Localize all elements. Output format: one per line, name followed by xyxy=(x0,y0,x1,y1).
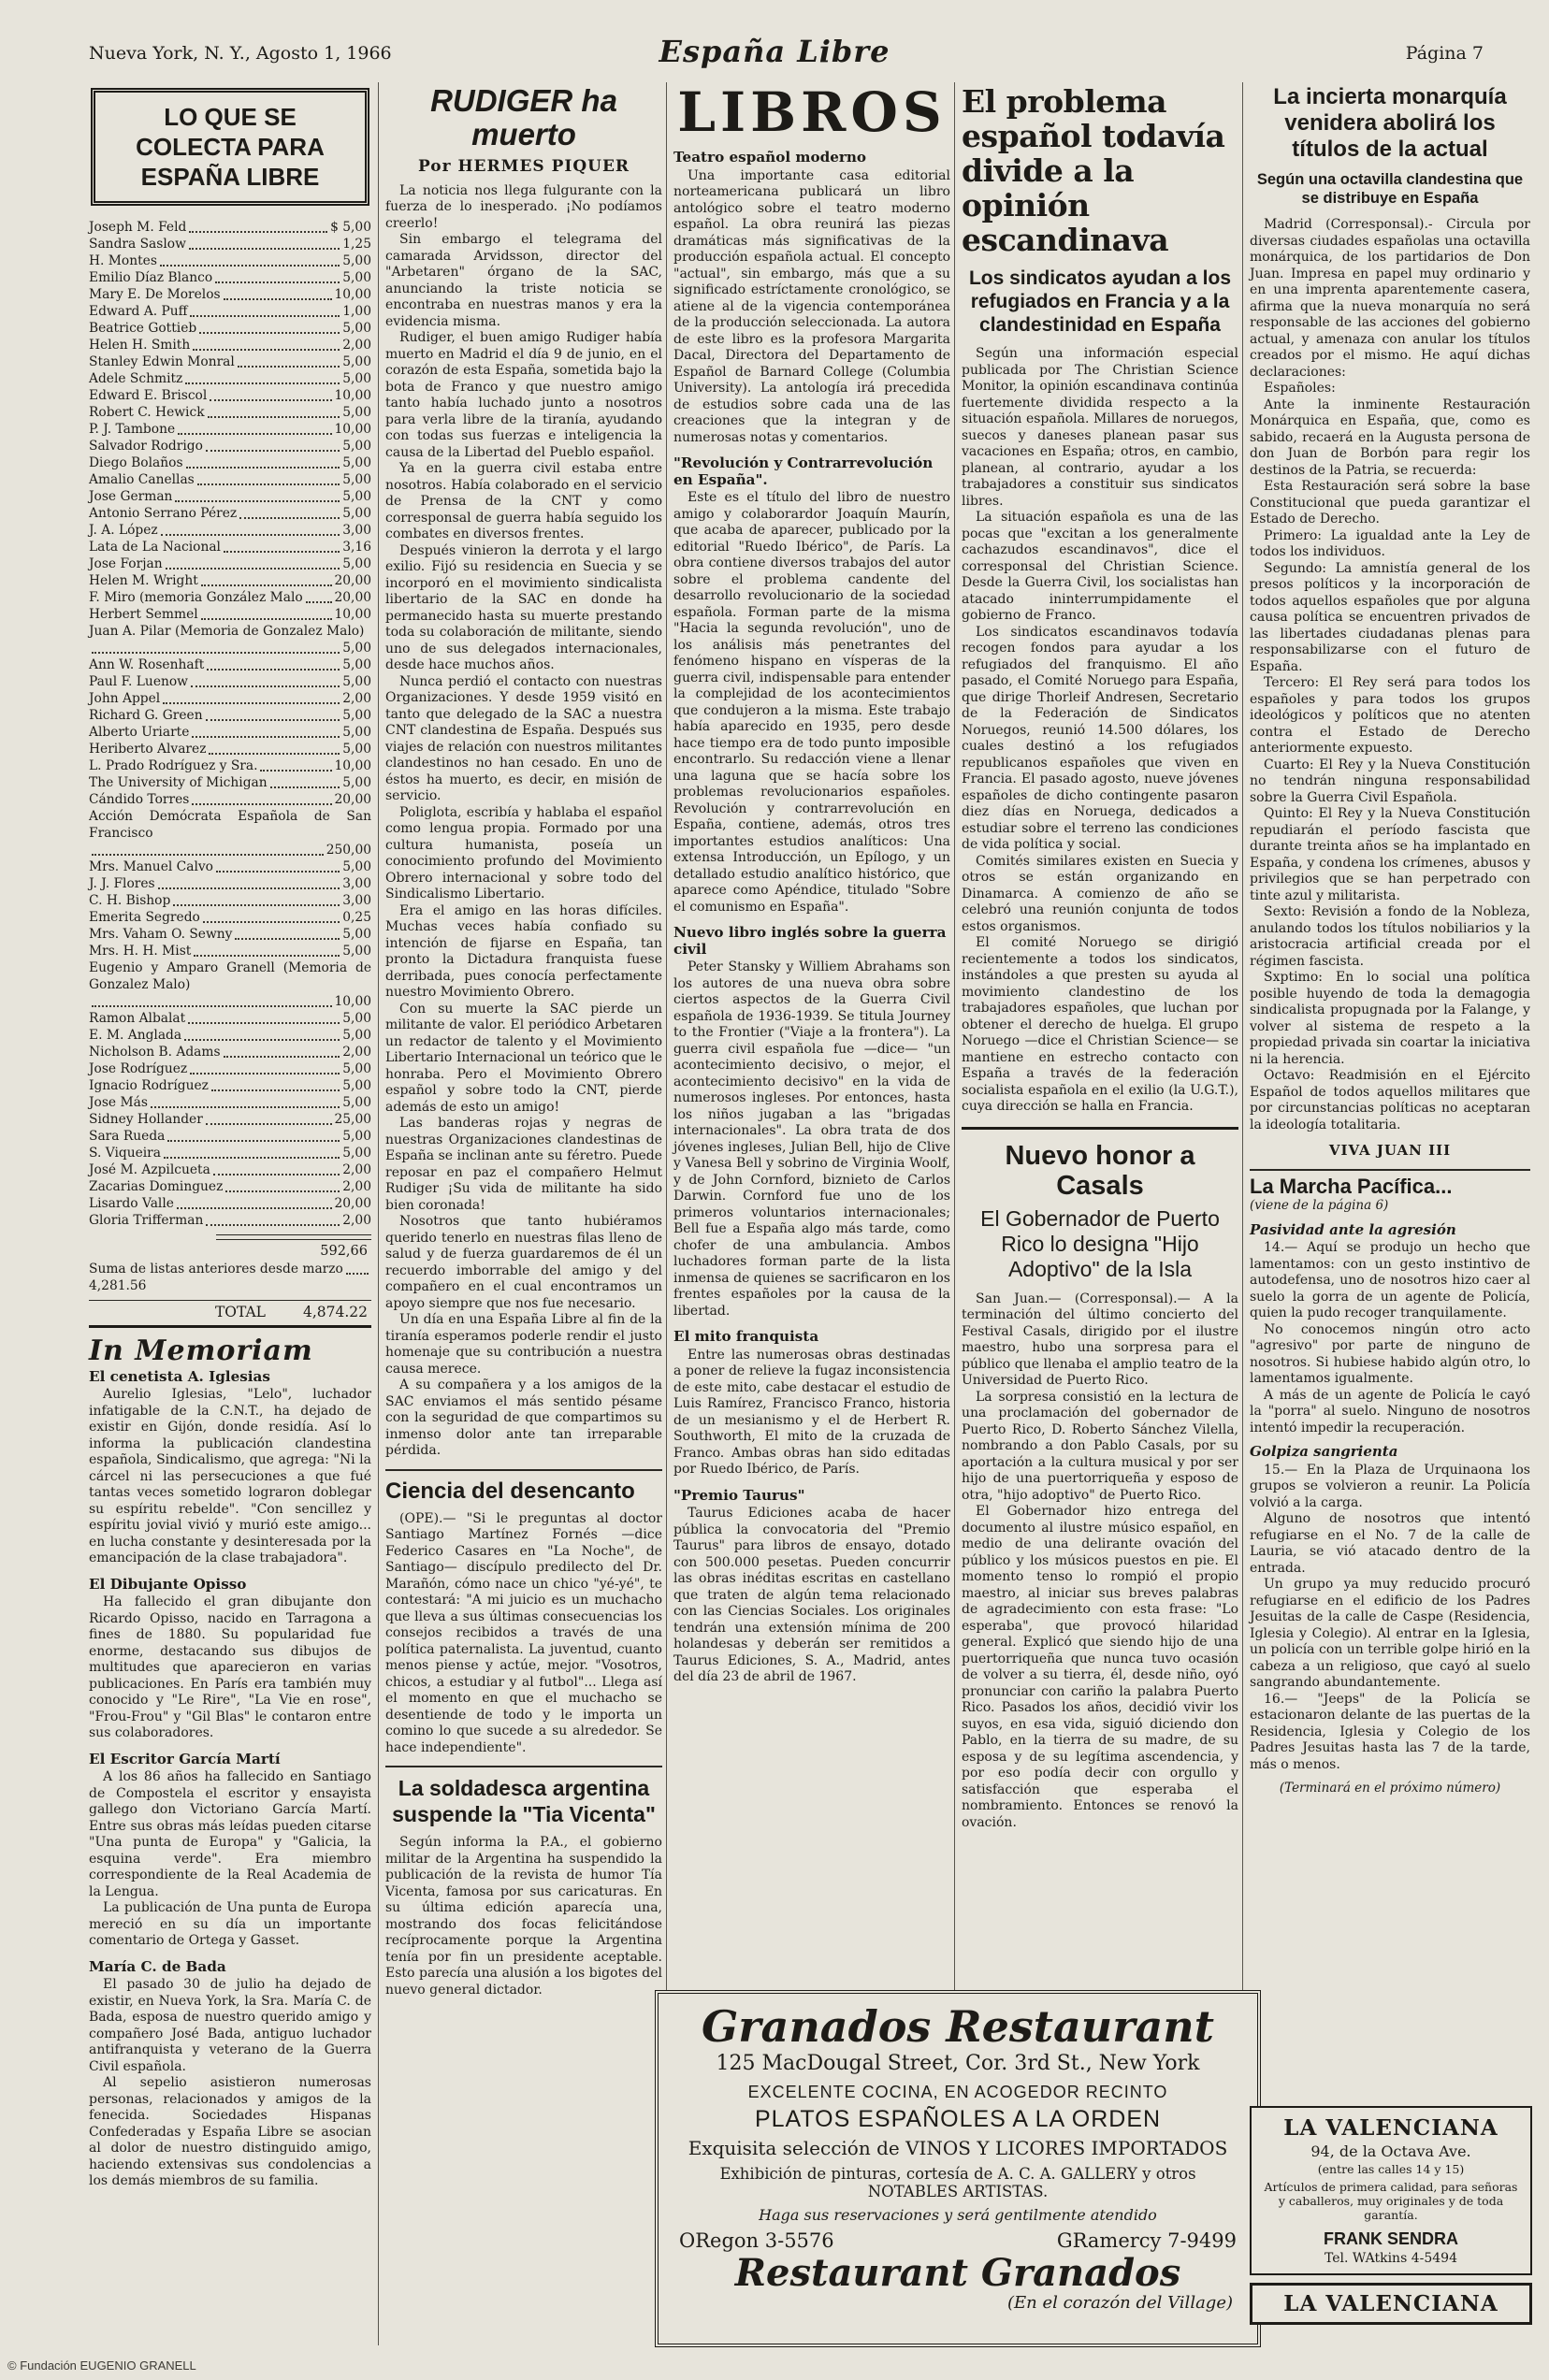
dot-leader xyxy=(346,1273,369,1275)
donation-amount: 20,00 xyxy=(335,1195,372,1212)
donor-name: Joseph M. Feld xyxy=(89,219,186,236)
dot-leader xyxy=(239,517,340,519)
donation-row: Robert C. Hewick5,00 xyxy=(89,404,371,421)
donation-amount: 5,00 xyxy=(342,269,371,286)
donor-name: J. J. Flores xyxy=(89,875,155,892)
donor-name: L. Prado Rodríguez y Sra. xyxy=(89,757,257,774)
donation-row: Helen M. Wright20,00 xyxy=(89,572,371,589)
donation-amount: 2,00 xyxy=(342,1212,371,1229)
donation-row: Jose Forjan5,00 xyxy=(89,555,371,572)
donor-name: Amalio Canellas xyxy=(89,471,195,488)
donation-row: Paul F. Luenow5,00 xyxy=(89,673,371,690)
dot-leader xyxy=(92,854,324,856)
paragraph: Ha fallecido el gran dibujante don Ricar… xyxy=(89,1594,371,1742)
valenciana-box: LA VALENCIANA 94, de la Octava Ave. (ent… xyxy=(1250,2106,1532,2275)
donor-name: Jose Más xyxy=(89,1094,148,1111)
donor-name: Edward E. Briscol xyxy=(89,387,207,404)
dot-leader xyxy=(211,1089,340,1091)
donation-amount: 20,00 xyxy=(335,589,372,606)
granados-line-platos: PLATOS ESPAÑOLES A LA ORDEN xyxy=(673,2106,1242,2133)
donation-row: Adele Schmitz5,00 xyxy=(89,370,371,387)
granados-line-vinos: Exquisita selección de VINOS Y LICORES I… xyxy=(673,2137,1242,2159)
article-body: La noticia nos llega fulgurante con la f… xyxy=(385,183,662,1460)
dot-leader xyxy=(190,315,340,317)
granados-name-top: Granados Restaurant xyxy=(673,2003,1242,2050)
dot-leader xyxy=(197,483,340,485)
obit-body: A los 86 años ha fallecido en Santiago d… xyxy=(89,1769,371,1950)
donation-row: J. J. Flores3,00 xyxy=(89,875,371,892)
donation-row: Mrs. Manuel Calvo5,00 xyxy=(89,858,371,875)
valenciana-banner: LA VALENCIANA xyxy=(1250,2283,1532,2325)
valenciana-contact-name: FRANK SENDRA xyxy=(1261,2229,1521,2249)
collect-box-title: LO QUE SE COLECTA PARA ESPAÑA LIBRE xyxy=(91,88,369,206)
donor-name: Sandra Saslow xyxy=(89,236,186,252)
donor-name: The University of Michigan xyxy=(89,774,268,791)
donation-amount: 5,00 xyxy=(342,505,371,522)
dot-leader xyxy=(207,669,340,671)
dot-leader xyxy=(158,887,340,889)
donor-name: Stanley Edwin Monral xyxy=(89,353,235,370)
donation-amount: 5,00 xyxy=(342,741,371,757)
donation-amount: 20,00 xyxy=(335,572,372,589)
section-divider xyxy=(385,1766,662,1767)
granados-restaurant-ad: Granados Restaurant 125 MacDougal Street… xyxy=(655,1990,1261,2347)
donation-row: Jose German5,00 xyxy=(89,488,371,505)
donation-amount: 2,00 xyxy=(342,690,371,707)
paragraph: No conocemos ningún otro acto "agresivo"… xyxy=(1250,1322,1530,1388)
donation-amount: $ 5,00 xyxy=(330,219,371,236)
donation-row: Mary E. De Morelos10,00 xyxy=(89,286,371,303)
paragraph: Era el amigo en las horas difíciles. Muc… xyxy=(385,903,662,1002)
donation-row: Zacarias Dominguez2,00 xyxy=(89,1178,371,1195)
paragraph: Aurelio Iglesias, "Lelo", luchador infat… xyxy=(89,1387,371,1567)
donation-row: Eugenio y Amparo Granell (Memoria de Gon… xyxy=(89,959,371,1010)
column-collecta: LO QUE SE COLECTA PARA ESPAÑA LIBRE Jose… xyxy=(89,84,371,2190)
paragraph: Tercero: El Rey será para todos los espa… xyxy=(1250,675,1530,757)
donation-amount: 5,00 xyxy=(342,1060,371,1077)
donor-name: Salvador Rodrigo xyxy=(89,438,203,454)
article-body: Madrid (Corresponsal).- Circula por dive… xyxy=(1250,217,1530,1133)
paragraph: La sorpresa consistió en la lectura de u… xyxy=(962,1390,1238,1505)
dot-leader xyxy=(191,685,340,687)
paragraph: Peter Stansky y Williem Abrahams son los… xyxy=(673,959,950,1320)
donation-row: Ann W. Rosenhaft5,00 xyxy=(89,656,371,673)
dot-leader xyxy=(193,349,340,351)
dot-leader xyxy=(167,1140,340,1142)
donation-row: H. Montes5,00 xyxy=(89,252,371,269)
donation-amount: 3,16 xyxy=(342,539,371,555)
paragraph: Poliglota, escribía y hablaba el español… xyxy=(385,805,662,903)
donor-name: Heriberto Alvarez xyxy=(89,741,206,757)
donation-row: John Appel2,00 xyxy=(89,690,371,707)
donation-amount: 10,00 xyxy=(335,286,372,303)
donor-name: Sidney Hollander xyxy=(89,1111,203,1128)
viva-line: VIVA JUAN III xyxy=(1250,1143,1530,1160)
section-divider xyxy=(962,1127,1238,1135)
paragraph: Un grupo ya muy reducido procuró refugia… xyxy=(1250,1577,1530,1692)
article-title-problema: El problema español todavía divide a la … xyxy=(962,84,1238,257)
dot-leader xyxy=(185,382,340,384)
donation-amount: 2,00 xyxy=(342,337,371,353)
donation-row: Acción Demócrata Española de San Francis… xyxy=(89,808,371,858)
paragraph: Ya en la guerra civil estaba entre nosot… xyxy=(385,461,662,543)
obit-heading: El Escritor García Martí xyxy=(89,1752,371,1768)
column-monarquia: La incierta monarquía venidera abolirá l… xyxy=(1250,84,1530,1797)
column-rule xyxy=(378,82,379,2345)
paragraph: Las banderas rojas y negras de nuestras … xyxy=(385,1116,662,1214)
dot-leader xyxy=(92,652,340,654)
donation-amount: 2,00 xyxy=(342,1178,371,1195)
donation-amount: 5,00 xyxy=(342,438,371,454)
donor-name: H. Montes xyxy=(89,252,157,269)
libros-section-premio: "Premio Taurus" Taurus Ediciones acaba d… xyxy=(673,1488,950,1686)
article-subtitle-monarquia: Según una octavilla clandestina que se d… xyxy=(1250,170,1530,208)
donation-row: Richard G. Green5,00 xyxy=(89,707,371,724)
paragraph: Octavo: Readmisión en el Ejército Españo… xyxy=(1250,1068,1530,1133)
total-label: TOTAL xyxy=(215,1305,266,1321)
marcha-subhead-1: Pasividad ante la agresión xyxy=(1250,1222,1530,1239)
paragraph: Alguno de nosotros que intentó refugiars… xyxy=(1250,1511,1530,1577)
donor-name: Mrs. Vaham O. Sewny xyxy=(89,926,232,943)
paragraph: San Juan.— (Corresponsal).— A la termina… xyxy=(962,1291,1238,1390)
donor-name: Jose German xyxy=(89,488,172,505)
dot-leader xyxy=(189,248,340,250)
article-body: (OPE).— "Si le preguntas al doctor Santi… xyxy=(385,1511,662,1757)
dot-leader xyxy=(209,753,340,755)
paragraph: Según una información especial publicada… xyxy=(962,346,1238,510)
donation-row: Helen H. Smith2,00 xyxy=(89,337,371,353)
granados-line-exhibicion: Exhibición de pinturas, cortesía de A. C… xyxy=(673,2165,1242,2200)
in-memoriam-section-iglesias: El cenetista A. Iglesias Aurelio Iglesia… xyxy=(89,1369,371,1567)
valenciana-title: LA VALENCIANA xyxy=(1261,2115,1521,2141)
donor-name: Beatrice Gottieb xyxy=(89,320,196,337)
donation-row: E. M. Anglada5,00 xyxy=(89,1027,371,1044)
paragraph: Sexto: Revisión a fondo de la Nobleza, a… xyxy=(1250,904,1530,970)
donation-row: Nicholson B. Adams2,00 xyxy=(89,1044,371,1060)
donor-name: Ann W. Rosenhaft xyxy=(89,656,204,673)
dot-leader xyxy=(194,955,340,957)
article-title-monarquia: La incierta monarquía venidera abolirá l… xyxy=(1250,84,1530,163)
dot-leader xyxy=(225,1190,340,1192)
donor-name: C. H. Bishop xyxy=(89,892,170,909)
marcha-subhead-2: Golpiza sangrienta xyxy=(1250,1444,1530,1461)
donation-row: Juan A. Pilar (Memoria de Gonzalez Malo)… xyxy=(89,623,371,656)
in-memoriam-section-garcia-marti: El Escritor García Martí A los 86 años h… xyxy=(89,1752,371,1950)
donor-name: Herbert Semmel xyxy=(89,606,198,623)
granados-line-reservas: Haga sus reservaciones y será gentilment… xyxy=(673,2206,1242,2224)
paragraph: Taurus Ediciones acaba de hacer pública … xyxy=(673,1506,950,1686)
donor-name: Alberto Uriarte xyxy=(89,724,189,741)
paragraph: Nosotros que tanto hubiéramos querido te… xyxy=(385,1214,662,1312)
donation-amount: 5,00 xyxy=(342,555,371,572)
paragraph: Sxptimo: En lo social una política posib… xyxy=(1250,970,1530,1068)
donation-row: Mrs. Vaham O. Sewny5,00 xyxy=(89,926,371,943)
donation-row: L. Prado Rodríguez y Sra.10,00 xyxy=(89,757,371,774)
donation-amount: 5,00 xyxy=(342,1145,371,1161)
paragraph: Según informa la P.A., el gobierno milit… xyxy=(385,1835,662,1998)
donation-amount: 5,00 xyxy=(342,320,371,337)
dot-leader xyxy=(306,601,332,603)
donor-name: Diego Bolaños xyxy=(89,454,183,471)
donation-row: Alberto Uriarte5,00 xyxy=(89,724,371,741)
dot-leader xyxy=(166,568,340,570)
obit-body: Ha fallecido el gran dibujante don Ricar… xyxy=(89,1594,371,1742)
donation-amount: 5,00 xyxy=(342,707,371,724)
granados-line-cocina: EXCELENTE COCINA, EN ACOGEDOR RECINTO xyxy=(673,2083,1242,2102)
masthead-title: España Libre xyxy=(0,34,1549,69)
donation-amount: 5,00 xyxy=(342,724,371,741)
donation-row: Jose Rodríguez5,00 xyxy=(89,1060,371,1077)
dot-leader xyxy=(213,1174,340,1176)
donation-amount: 5,00 xyxy=(342,640,371,656)
donation-row: Herbert Semmel10,00 xyxy=(89,606,371,623)
donation-amount: 5,00 xyxy=(342,943,371,959)
donor-name: Emerita Segredo xyxy=(89,909,200,926)
donor-name: José M. Azpilcueta xyxy=(89,1161,210,1178)
donation-row: Sandra Saslow1,25 xyxy=(89,236,371,252)
section-divider xyxy=(385,1469,662,1471)
paragraph: Rudiger, el buen amigo Rudiger había mue… xyxy=(385,330,662,461)
scan-credit: © Fundación EUGENIO GRANELL xyxy=(7,2358,196,2373)
dot-leader xyxy=(260,770,331,772)
granados-address: 125 MacDougal Street, Cor. 3rd St., New … xyxy=(673,2052,1242,2075)
dot-leader xyxy=(184,1039,340,1041)
donation-amount: 10,00 xyxy=(335,993,372,1010)
column-problema: El problema español todavía divide a la … xyxy=(962,84,1238,1831)
section-divider xyxy=(1250,1169,1530,1171)
donation-row: Emerita Segredo0,25 xyxy=(89,909,371,926)
donation-row: Emilio Díaz Blanco5,00 xyxy=(89,269,371,286)
dot-leader xyxy=(160,265,340,267)
donation-amount: 3,00 xyxy=(342,875,371,892)
donation-amount: 3,00 xyxy=(342,522,371,539)
donation-row: Lisardo Valle20,00 xyxy=(89,1195,371,1212)
donation-amount: 5,00 xyxy=(342,353,371,370)
dot-leader xyxy=(151,1106,340,1108)
donor-name: P. J. Tambone xyxy=(89,421,175,438)
paragraph: La publicación de Una punta de Europa me… xyxy=(89,1900,371,1950)
donor-name: John Appel xyxy=(89,690,160,707)
donor-name: Helen H. Smith xyxy=(89,337,190,353)
donation-row: J. A. López3,00 xyxy=(89,522,371,539)
donation-row: Jose Más5,00 xyxy=(89,1094,371,1111)
donor-name: Eugenio y Amparo Granell (Memoria de Gon… xyxy=(89,959,371,993)
donation-row: Diego Bolaños5,00 xyxy=(89,454,371,471)
donation-row: Edward A. Puff1,00 xyxy=(89,303,371,320)
dot-leader xyxy=(175,500,340,502)
donation-row: Gloria Trifferman2,00 xyxy=(89,1212,371,1229)
donation-list: Joseph M. Feld$ 5,00Sandra Saslow1,25H. … xyxy=(89,219,371,1229)
donation-row: Ramon Albalat5,00 xyxy=(89,1010,371,1027)
dot-leader xyxy=(203,921,340,923)
granados-tagline: (En el corazón del Village) xyxy=(673,2293,1242,2313)
article-title-ciencia: Ciencia del desencanto xyxy=(385,1478,662,1504)
donation-amount: 10,00 xyxy=(335,757,372,774)
donation-row: C. H. Bishop3,00 xyxy=(89,892,371,909)
paragraph: El comité Noruego se dirigió recientemen… xyxy=(962,935,1238,1116)
paragraph: Cuarto: El Rey y la Nueva Constitución n… xyxy=(1250,757,1530,807)
donor-name: F. Miro (memoria González Malo xyxy=(89,589,303,606)
paragraph: La noticia nos llega fulgurante con la f… xyxy=(385,183,662,233)
donor-name: Helen M. Wright xyxy=(89,572,198,589)
donor-name: Ramon Albalat xyxy=(89,1010,185,1027)
dot-leader xyxy=(235,938,340,940)
donation-row: P. J. Tambone10,00 xyxy=(89,421,371,438)
donation-amount: 5,00 xyxy=(342,370,371,387)
donor-name: Emilio Díaz Blanco xyxy=(89,269,212,286)
article-body: San Juan.— (Corresponsal).— A la termina… xyxy=(962,1291,1238,1832)
paragraph: 15.— En la Plaza de Urquinaona los grupo… xyxy=(1250,1463,1530,1512)
paragraph: Entre las numerosas obras destinadas a p… xyxy=(673,1348,950,1478)
dot-leader xyxy=(206,1123,332,1125)
paragraph: 16.— "Jeeps" de la Policía se estacionar… xyxy=(1250,1692,1530,1774)
granados-phones: ORegon 3-5576 GRamercy 7-9499 xyxy=(673,2229,1242,2252)
donation-row: Beatrice Gottieb5,00 xyxy=(89,320,371,337)
donation-amount: 5,00 xyxy=(342,252,371,269)
in-memoriam-section-opisso: El Dibujante Opisso Ha fallecido el gran… xyxy=(89,1577,371,1742)
donation-amount: 5,00 xyxy=(342,656,371,673)
paragraph: Después vinieron la derrota y el largo e… xyxy=(385,543,662,674)
article-subtitle-casals: El Gobernador de Puerto Rico lo designa … xyxy=(962,1206,1238,1282)
granados-name-bottom: Restaurant Granados xyxy=(673,2254,1242,2293)
paragraph: Esta Restauración será sobre la base Con… xyxy=(1250,479,1530,528)
obit-heading: El cenetista A. Iglesias xyxy=(89,1369,371,1386)
article-subtitle-problema: Los sindicatos ayudan a los refugiados e… xyxy=(962,267,1238,337)
paragraph: Ante la inminente Restauración Monárquic… xyxy=(1250,397,1530,480)
section-title-libros: LIBROS xyxy=(673,84,950,140)
donation-amount: 1,25 xyxy=(342,236,371,252)
paragraph: Un día en una España Libre al fin de la … xyxy=(385,1312,662,1378)
donor-name: Antonio Serrano Pérez xyxy=(89,505,237,522)
donation-row: Sidney Hollander25,00 xyxy=(89,1111,371,1128)
donation-amount: 3,00 xyxy=(342,892,371,909)
paragraph: A los 86 años ha fallecido en Santiago d… xyxy=(89,1769,371,1900)
donation-amount: 10,00 xyxy=(335,606,372,623)
libros-heading: "Revolución y Contrarrevolución en Españ… xyxy=(673,455,950,488)
donor-name: S. Viqueira xyxy=(89,1145,161,1161)
dot-leader xyxy=(173,904,340,906)
donor-name: Zacarias Dominguez xyxy=(89,1178,223,1195)
donation-amount: 20,00 xyxy=(335,791,372,808)
obit-body: Aurelio Iglesias, "Lelo", luchador infat… xyxy=(89,1387,371,1567)
obit-heading: María C. de Bada xyxy=(89,1959,371,1976)
total-row: TOTAL 4,874.22 xyxy=(89,1300,371,1329)
libros-body: Entre las numerosas obras destinadas a p… xyxy=(673,1348,950,1478)
dot-leader xyxy=(224,1056,340,1058)
paragraph: Los sindicatos escandinavos todavía reco… xyxy=(962,625,1238,854)
donation-amount: 25,00 xyxy=(335,1111,372,1128)
valenciana-ad: LA VALENCIANA 94, de la Octava Ave. (ent… xyxy=(1250,2106,1532,2325)
dot-leader xyxy=(163,702,340,704)
totals-block: 592,66 Suma de listas anteriores desde m… xyxy=(89,1234,371,1328)
valenciana-address: 94, de la Octava Ave. xyxy=(1261,2142,1521,2160)
donation-row: F. Miro (memoria González Malo20,00 xyxy=(89,589,371,606)
rule xyxy=(216,1239,371,1240)
donor-name: Sara Rueda xyxy=(89,1128,165,1145)
dot-leader xyxy=(215,281,340,283)
libros-section-nuevo-libro: Nuevo libro inglés sobre la guerra civil… xyxy=(673,925,950,1320)
paragraph: Comités similares existen en Suecia y ot… xyxy=(962,854,1238,936)
dot-leader xyxy=(210,399,331,401)
libros-body: Peter Stansky y Williem Abrahams son los… xyxy=(673,959,950,1320)
donor-name: Jose Forjan xyxy=(89,555,163,572)
donation-row: Antonio Serrano Pérez5,00 xyxy=(89,505,371,522)
donation-row: Lata de La Nacional3,16 xyxy=(89,539,371,555)
byline: Por HERMES PIQUER xyxy=(385,159,662,176)
dot-leader xyxy=(201,584,332,586)
dot-leader xyxy=(208,416,340,418)
donor-name: Jose Rodríguez xyxy=(89,1060,187,1077)
donor-name: J. A. López xyxy=(89,522,158,539)
dot-leader xyxy=(92,1005,332,1007)
donation-amount: 5,00 xyxy=(342,1027,371,1044)
granados-phone-gramercy: GRamercy 7-9499 xyxy=(1057,2229,1237,2252)
donation-amount: 5,00 xyxy=(342,673,371,690)
valenciana-note: (entre las calles 14 y 15) xyxy=(1261,2162,1521,2176)
dot-leader xyxy=(206,450,340,452)
donor-name: Lata de La Nacional xyxy=(89,539,221,555)
donation-amount: 5,00 xyxy=(342,471,371,488)
dot-leader xyxy=(190,1073,340,1075)
donation-amount: 10,00 xyxy=(335,421,372,438)
dot-leader xyxy=(206,719,340,721)
page-header: Nueva York, N. Y., Agosto 1, 1966 España… xyxy=(0,32,1549,75)
paragraph: A su compañera y a los amigos de la SAC … xyxy=(385,1378,662,1460)
donor-name: E. M. Anglada xyxy=(89,1027,181,1044)
in-memoriam-title: In Memoriam xyxy=(89,1343,371,1360)
donor-name: Robert C. Hewick xyxy=(89,404,205,421)
dot-leader xyxy=(216,871,340,873)
dot-leader xyxy=(206,1224,340,1226)
rule xyxy=(216,1234,371,1235)
article-title-marcha: La Marcha Pacífica... xyxy=(1250,1178,1530,1195)
paragraph: Segundo: La amnistía general de los pres… xyxy=(1250,561,1530,676)
dot-leader xyxy=(224,551,340,553)
paragraph: Una importante casa editorial norteameri… xyxy=(673,168,950,447)
article-body: Según informa la P.A., el gobierno milit… xyxy=(385,1835,662,1998)
donation-amount: 250,00 xyxy=(326,842,371,858)
continuation-note: (viene de la página 6) xyxy=(1250,1198,1530,1215)
donation-amount: 5,00 xyxy=(342,774,371,791)
donor-name: Edward A. Puff xyxy=(89,303,187,320)
donor-name: Mary E. De Morelos xyxy=(89,286,221,303)
article-title-soldadesca: La soldadesca argentina suspende la "Tia… xyxy=(385,1775,662,1827)
donation-amount: 1,00 xyxy=(342,303,371,320)
column-libros: LIBROS Teatro español moderno Una import… xyxy=(673,84,950,1686)
valenciana-description: Artículos de primera calidad, para señor… xyxy=(1261,2180,1521,2222)
donation-row: Cándido Torres20,00 xyxy=(89,791,371,808)
obit-body: El pasado 30 de julio ha dejado de exist… xyxy=(89,1977,371,2190)
paragraph: A más de un agente de Policía le cayó la… xyxy=(1250,1388,1530,1437)
prior-sum-amount: 4,281.56 xyxy=(89,1277,146,1294)
article-body: 15.— En la Plaza de Urquinaona los grupo… xyxy=(1250,1463,1530,1774)
libros-body: Una importante casa editorial norteameri… xyxy=(673,168,950,447)
column-rudiger: RUDIGER ha muerto Por HERMES PIQUER La n… xyxy=(385,84,662,1998)
donation-amount: 5,00 xyxy=(342,858,371,875)
donation-row: Joseph M. Feld$ 5,00 xyxy=(89,219,371,236)
to-be-continued-note: (Terminará en el próximo número) xyxy=(1250,1781,1530,1797)
donor-name: Mrs. Manuel Calvo xyxy=(89,858,213,875)
paragraph: Primero: La igualdad ante la Ley de todo… xyxy=(1250,528,1530,561)
libros-heading: Nuevo libro inglés sobre la guerra civil xyxy=(673,925,950,958)
donor-name: Gloria Trifferman xyxy=(89,1212,203,1229)
dot-leader xyxy=(192,736,340,738)
donation-amount: 5,00 xyxy=(342,1010,371,1027)
donation-row: Edward E. Briscol10,00 xyxy=(89,387,371,404)
paragraph: (OPE).— "Si le preguntas al doctor Santi… xyxy=(385,1511,662,1757)
dot-leader xyxy=(199,332,340,334)
donor-name: Lisardo Valle xyxy=(89,1195,174,1212)
